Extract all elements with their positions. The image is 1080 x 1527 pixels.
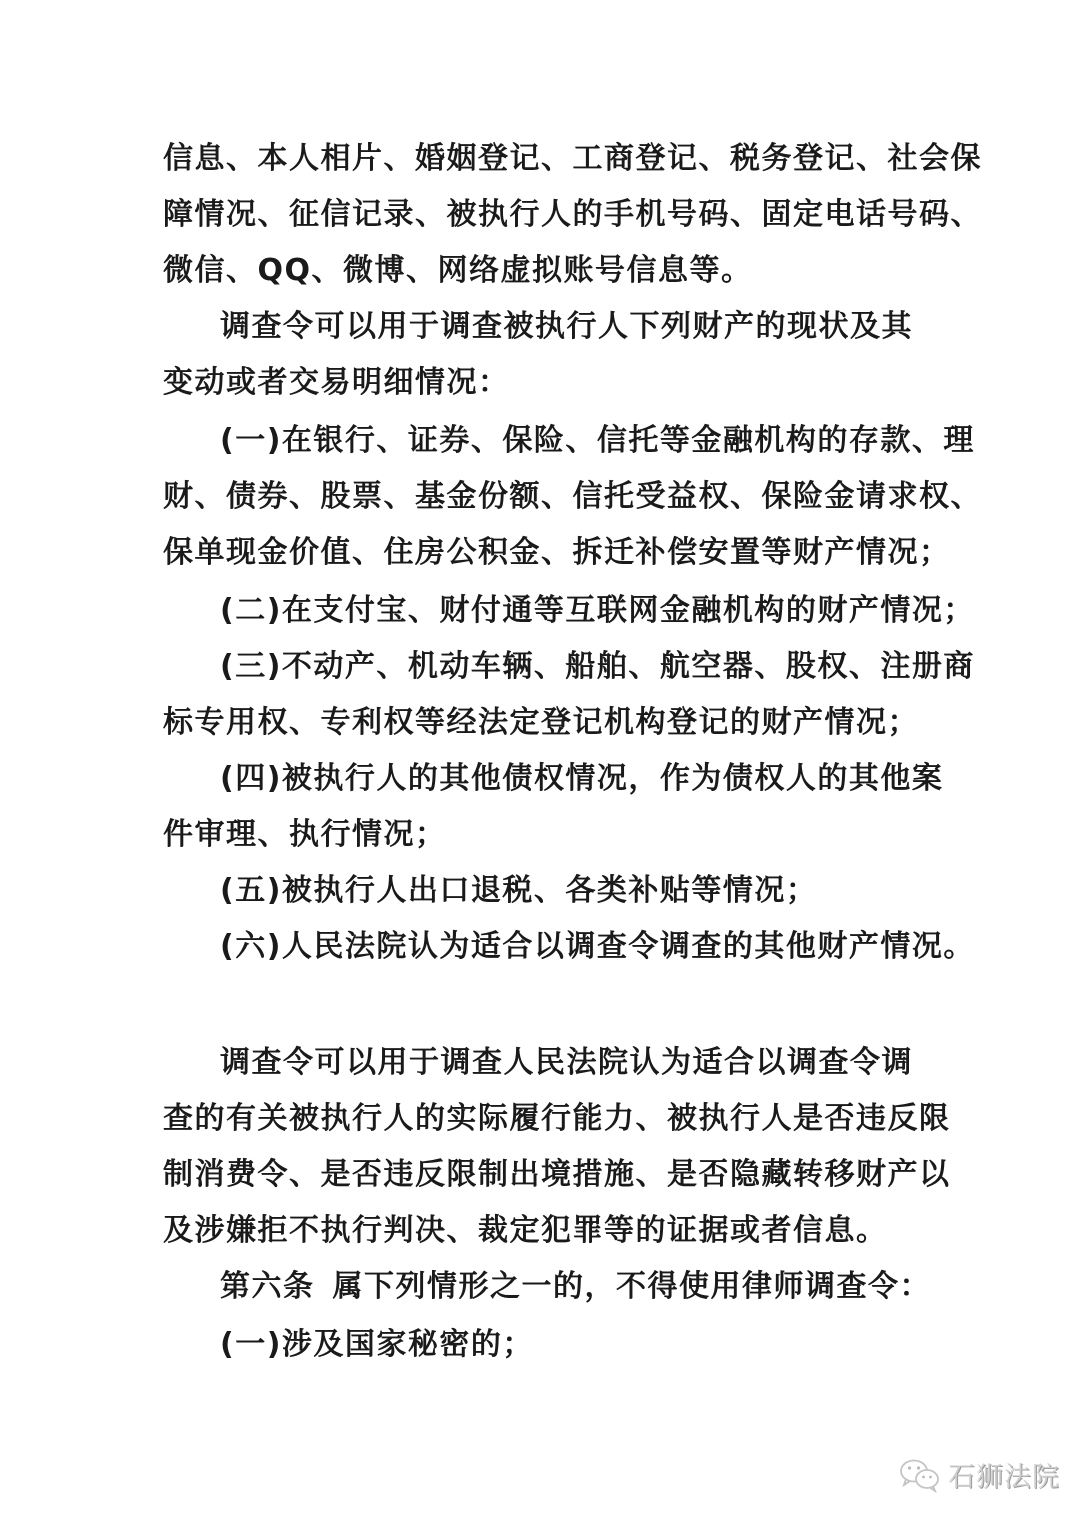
- article-text: 属下列情形之一的，不得使用律师调查令：: [333, 1269, 932, 1304]
- document-page: 信息、本人相片、婚姻登记、工商登记、税务登记、社会保 障情况、征信记录、被执行人…: [0, 0, 1080, 1527]
- wechat-icon: [898, 1457, 942, 1493]
- list-item: (一)在银行、证券、保险、信托等金融机构的存款、理: [220, 421, 975, 461]
- text-line: 标专用权、专利权等经法定登记机构登记的财产情况；: [163, 703, 919, 743]
- list-item: (一)涉及国家秘密的；: [220, 1325, 534, 1365]
- list-item: (二)在支付宝、财付通等互联网金融机构的财产情况；: [220, 591, 975, 631]
- article-number: 第六条: [220, 1269, 315, 1304]
- article-heading: 第六条属下列情形之一的，不得使用律师调查令：: [220, 1267, 931, 1307]
- watermark: 石狮法院: [898, 1455, 1060, 1494]
- text-line: 查的有关被执行人的实际履行能力、被执行人是否违反限: [163, 1099, 951, 1139]
- text-line: 件审理、执行情况；: [163, 815, 447, 855]
- paragraph-start: 调查令可以用于调查被执行人下列财产的现状及其: [220, 307, 913, 347]
- watermark-text: 石狮法院: [948, 1455, 1060, 1494]
- text-line: 障情况、征信记录、被执行人的手机号码、固定电话号码、: [163, 195, 982, 235]
- text-line: 变动或者交易明细情况：: [163, 363, 510, 403]
- text-line: 及涉嫌拒不执行判决、裁定犯罪等的证据或者信息。: [163, 1211, 888, 1251]
- list-item: (五)被执行人出口退税、各类补贴等情况；: [220, 871, 817, 911]
- paragraph-start: 调查令可以用于调查人民法院认为适合以调查令调: [220, 1043, 913, 1083]
- list-item: (六)人民法院认为适合以调查令调查的其他财产情况。: [220, 927, 975, 967]
- text-line: 财、债券、股票、基金份额、信托受益权、保险金请求权、: [163, 477, 982, 517]
- text-line: 信息、本人相片、婚姻登记、工商登记、税务登记、社会保: [163, 139, 982, 179]
- text-line: 制消费令、是否违反限制出境措施、是否隐藏转移财产以: [163, 1155, 951, 1195]
- text-line: 保单现金价值、住房公积金、拆迁补偿安置等财产情况；: [163, 533, 951, 573]
- list-item: (四)被执行人的其他债权情况，作为债权人的其他案: [220, 759, 943, 799]
- text-line: 微信、QQ、微博、网络虚拟账号信息等。: [163, 251, 753, 291]
- list-item: (三)不动产、机动车辆、船舶、航空器、股权、注册商: [220, 647, 975, 687]
